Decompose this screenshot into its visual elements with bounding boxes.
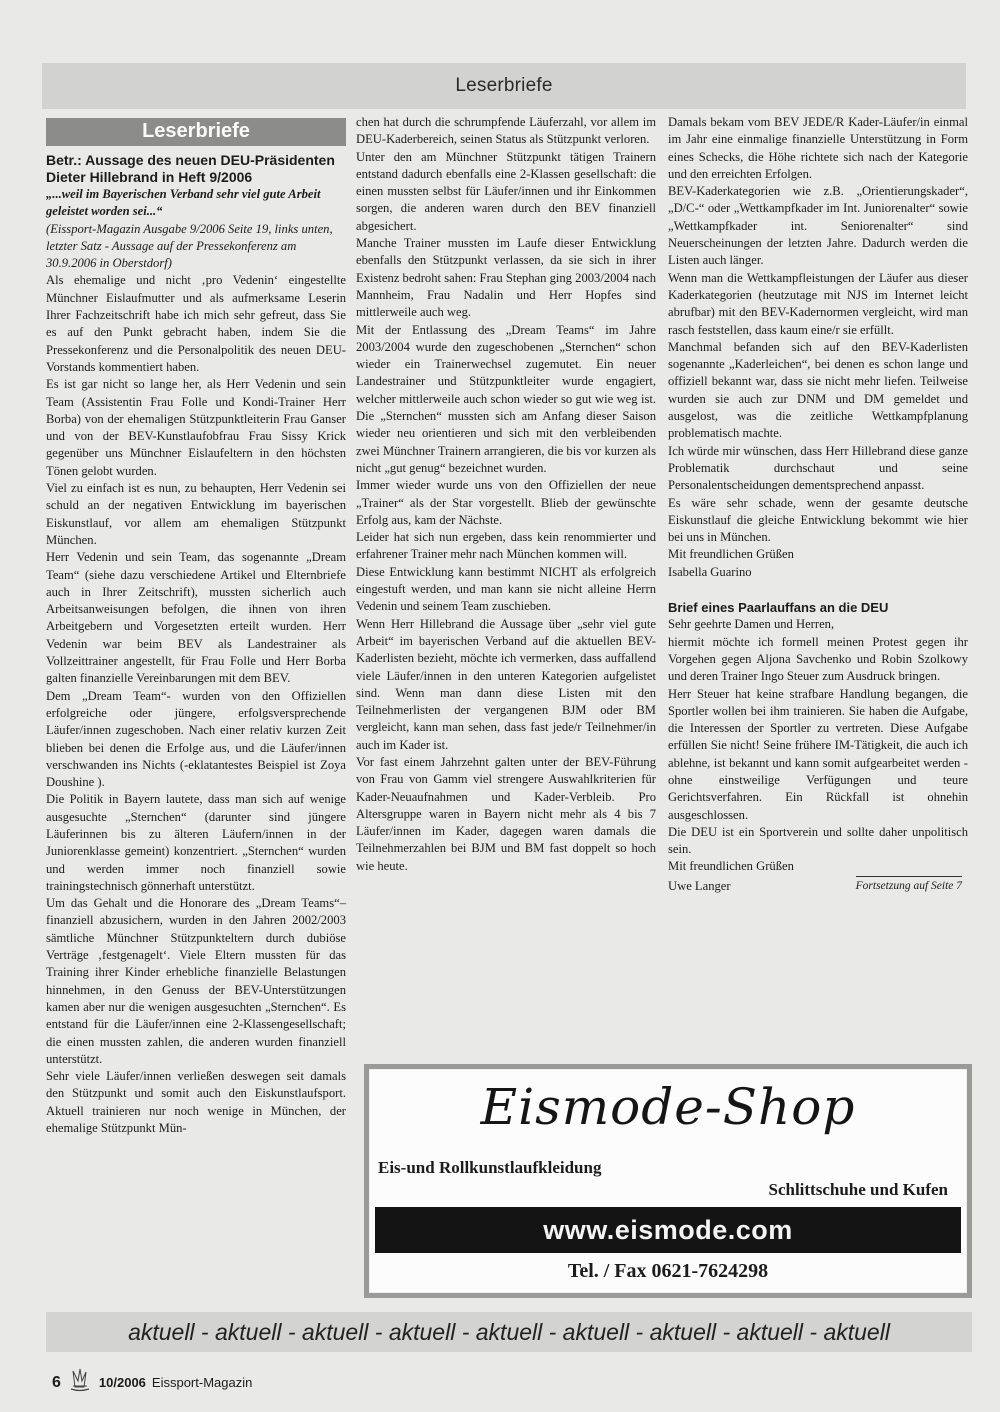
paragraph: Viel zu einfach ist es nun, zu behaupten… bbox=[46, 480, 346, 549]
section-banner: Leserbriefe bbox=[46, 118, 346, 146]
paragraph: Vor fast einem Jahrzehnt galten unter de… bbox=[356, 754, 656, 875]
ticker-text: aktuell - aktuell - aktuell - aktuell - … bbox=[128, 1319, 890, 1346]
paragraph: Damals bekam vom BEV JEDE/R Kader-Läufer… bbox=[668, 114, 968, 183]
advertisement-eismode[interactable]: Eismode-Shop Eis-und Rollkunstlaufkleidu… bbox=[364, 1064, 972, 1298]
paragraph: Die DEU ist ein Sportverein und sollte d… bbox=[668, 824, 968, 859]
paragraph: Herr Vedenin und sein Team, das sogenann… bbox=[46, 549, 346, 687]
paragraph: Unter den am Münchner Stützpunkt tätigen… bbox=[356, 149, 656, 235]
paragraph: Es wäre sehr schade, wenn der gesamte de… bbox=[668, 495, 968, 547]
paragraph: Sehr geehrte Damen und Herren, bbox=[668, 616, 968, 633]
letter2-signoff-row: Uwe Langer Fortsetzung auf Seite 7 bbox=[668, 876, 968, 895]
paragraph: chen hat durch die schrumpfende Läuferza… bbox=[356, 114, 656, 149]
paragraph: Leider hat sich nun ergeben, dass kein r… bbox=[356, 529, 656, 564]
ad-tagline-right: Schlittschuhe und Kufen bbox=[769, 1180, 949, 1200]
letter1-source: (Eissport-Magazin Ausgabe 9/2006 Seite 1… bbox=[46, 221, 346, 273]
ad-url-bar: www.eismode.com bbox=[375, 1207, 961, 1253]
letter1-closing: Mit freundlichen Grüßen bbox=[668, 546, 968, 563]
paragraph: Wenn man die Wettkampfleistungen der Läu… bbox=[668, 270, 968, 339]
ad-tagline-left: Eis-und Rollkunstlaufkleidung bbox=[378, 1158, 601, 1178]
magazine-name: Eissport-Magazin bbox=[152, 1375, 252, 1390]
ad-url-link[interactable]: www.eismode.com bbox=[543, 1215, 793, 1246]
letter1-quote: „...weil im Bayerischen Verband sehr vie… bbox=[46, 186, 346, 221]
letter2-closing: Mit freundlichen Grüßen bbox=[668, 858, 968, 875]
advertisement-inner: Eismode-Shop Eis-und Rollkunstlaufkleidu… bbox=[369, 1069, 967, 1293]
letter1-title: Betr.: Aussage des neuen DEU-Präsidenten… bbox=[46, 152, 346, 185]
letter2-author: Uwe Langer bbox=[668, 878, 731, 895]
paragraph: Manchmal befanden sich auf den BEV-Kader… bbox=[668, 339, 968, 443]
paragraph: hiermit möchte ich formell meinen Protes… bbox=[668, 634, 968, 686]
page-header-title: Leserbriefe bbox=[455, 75, 552, 97]
page-header: Leserbriefe bbox=[42, 63, 966, 109]
paragraph: Es ist gar nicht so lange her, als Herr … bbox=[46, 376, 346, 480]
paragraph: Als ehemalige und nicht ‚pro Vedenin‘ ei… bbox=[46, 272, 346, 376]
letter1-author: Isabella Guarino bbox=[668, 564, 968, 581]
paragraph: Diese Entwicklung kann bestimmt NICHT al… bbox=[356, 564, 656, 616]
paragraph: Immer wieder wurde uns von den Offiziell… bbox=[356, 477, 656, 529]
paragraph: Die Politik in Bayern lautete, dass man … bbox=[46, 791, 346, 895]
page-number: 6 bbox=[52, 1374, 61, 1392]
aktuell-ticker: aktuell - aktuell - aktuell - aktuell - … bbox=[46, 1312, 972, 1352]
column-3: Damals bekam vom BEV JEDE/R Kader-Läufer… bbox=[668, 114, 968, 895]
paragraph: Dem „Dream Team“- wurden von den Offizie… bbox=[46, 688, 346, 792]
paragraph: Ich würde mir wünschen, dass Herr Hilleb… bbox=[668, 443, 968, 495]
paragraph: Mit der Entlassung des „Dream Teams“ im … bbox=[356, 322, 656, 478]
paragraph: Wenn Herr Hillebrand die Aussage über „s… bbox=[356, 616, 656, 754]
column-2: chen hat durch die schrumpfende Läuferza… bbox=[356, 114, 656, 875]
page-footer: 6 10/2006 Eissport-Magazin bbox=[52, 1367, 252, 1398]
paragraph: BEV-Kaderkategorien wie z.B. „Orientieru… bbox=[668, 183, 968, 269]
issue-number: 10/2006 bbox=[99, 1375, 146, 1390]
skater-wings-icon bbox=[67, 1367, 93, 1398]
paragraph: Manche Trainer mussten im Laufe dieser E… bbox=[356, 235, 656, 321]
ad-brand-logo: Eismode-Shop bbox=[370, 1078, 966, 1136]
ad-phone: Tel. / Fax 0621-7624298 bbox=[370, 1260, 966, 1283]
paragraph: Sehr viele Läufer/innen verließen desweg… bbox=[46, 1068, 346, 1137]
paragraph: Um das Gehalt und die Honorare des „Drea… bbox=[46, 895, 346, 1068]
column-1: Leserbriefe Betr.: Aussage des neuen DEU… bbox=[46, 116, 346, 1137]
continued-on-page-link[interactable]: Fortsetzung auf Seite 7 bbox=[856, 876, 962, 895]
section-banner-label: Leserbriefe bbox=[142, 123, 250, 140]
letter2-title: Brief eines Paarlauffans an die DEU bbox=[668, 599, 968, 616]
paragraph: Herr Steuer hat keine strafbare Handlung… bbox=[668, 686, 968, 824]
